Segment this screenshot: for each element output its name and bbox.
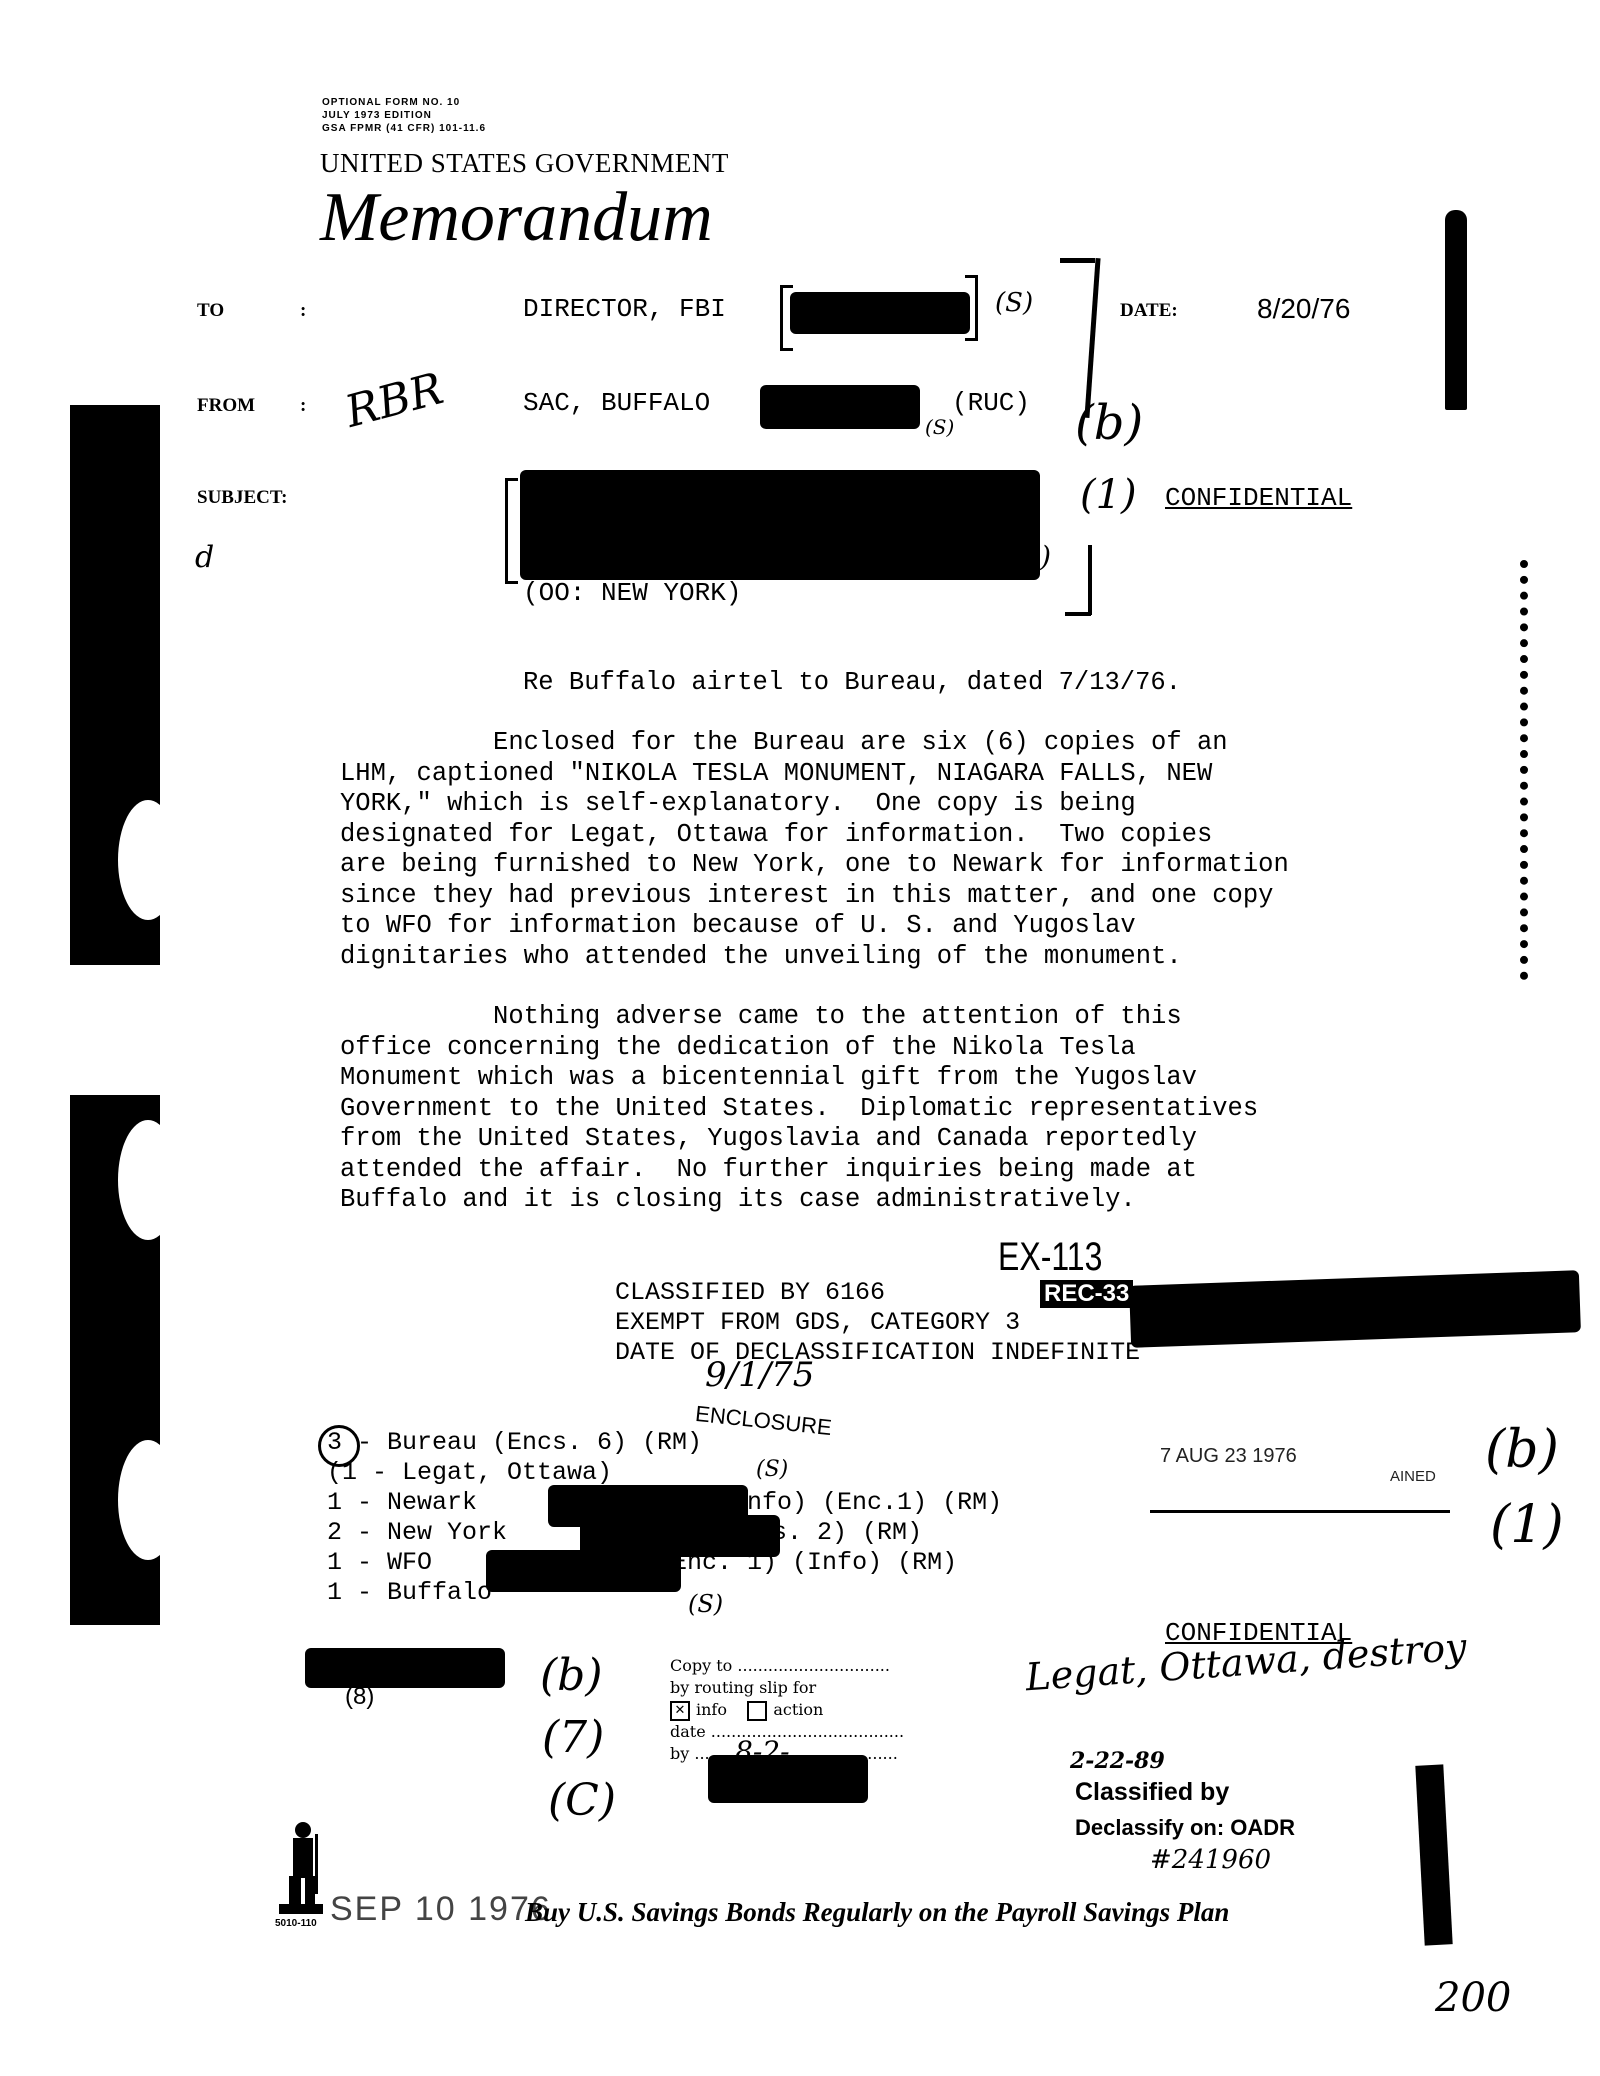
date-label: DATE:: [1120, 300, 1178, 322]
to-label: TO: [197, 300, 224, 322]
reference-line: Re Buffalo airtel to Bureau, dated 7/13/…: [523, 668, 1600, 699]
classified-by-stamp: Classified by: [1075, 1778, 1229, 1807]
exemption-mark-b-footer: (b): [540, 1650, 603, 1701]
declassification-number: #241960: [1150, 1845, 1271, 1875]
subject-redaction-block: [520, 470, 1040, 580]
form-code: 5010-110: [275, 1918, 317, 1929]
declassify-on-stamp: Declassify on: OADR: [1075, 1815, 1295, 1841]
redaction-block: [486, 1550, 681, 1592]
form-number: OPTIONAL FORM NO. 10 JULY 1973 EDITION G…: [322, 96, 486, 135]
exempt-from-gds-line: EXEMPT FROM GDS, CATEGORY 3: [615, 1308, 1140, 1338]
agency-name: UNITED STATES GOVERNMENT: [320, 148, 729, 179]
punch-hole: [118, 1440, 178, 1560]
document-title: Memorandum: [320, 178, 713, 258]
memo-date: 8/20/76: [1257, 293, 1350, 325]
ex-stamp: EX-113: [998, 1235, 1102, 1280]
handwritten-bracket-line: [1088, 545, 1092, 615]
exemption-mark-1: (1): [1080, 472, 1137, 518]
from-colon: :: [300, 395, 306, 417]
handwritten-date: 9/1/75: [705, 1355, 814, 1395]
handwritten-secret-mark: (S): [688, 1590, 723, 1618]
subject-office-of-origin: (OO: NEW YORK): [523, 578, 741, 608]
action-label: action: [773, 1700, 823, 1719]
handwritten-bracket-bottom: [1065, 612, 1091, 616]
routing-redaction-block: [708, 1755, 868, 1803]
exemption-mark-c: (C): [548, 1775, 616, 1826]
classification-top: CONFIDENTIAL: [1165, 483, 1352, 513]
received-stamp-suffix: AINED: [1390, 1468, 1436, 1485]
from-sender: SAC, BUFFALO: [523, 388, 710, 418]
handwritten-secret-mark: (S): [756, 1457, 788, 1482]
received-date-stamp: SEP 10 1976: [330, 1890, 552, 1929]
initials-code: (8): [345, 1683, 374, 1711]
distribution-line: 3 - Bureau (Encs. 6) (RM): [327, 1428, 1002, 1458]
redaction-block: [760, 385, 920, 429]
redaction-bracket: [965, 275, 978, 341]
punch-hole: [118, 800, 178, 920]
stamp-line: [1150, 1510, 1450, 1513]
to-recipient: DIRECTOR, FBI: [523, 294, 726, 324]
info-checkbox[interactable]: ✕: [670, 1701, 690, 1721]
minuteman-logo: [275, 1820, 327, 1915]
body-paragraph-1: Enclosed for the Bureau are six (6) copi…: [340, 728, 1490, 972]
routing-options: ✕info action: [670, 1699, 1090, 1721]
redaction-bracket: [505, 478, 518, 584]
redaction-block: [790, 292, 970, 334]
from-label: FROM: [197, 395, 255, 417]
declassification-date-line: DATE OF DECLASSIFICATION INDEFINITE: [615, 1338, 1140, 1368]
subject-label: SUBJECT:: [197, 487, 287, 509]
form-edition-line: JULY 1973 EDITION: [322, 109, 486, 122]
initials-redaction-block: [305, 1648, 505, 1688]
minuteman-icon: [275, 1820, 327, 1915]
routing-date-line: date ...................................…: [670, 1721, 1090, 1743]
handwritten-margin-note: d: [195, 540, 214, 575]
classification-redaction-block: [1129, 1270, 1581, 1348]
exemption-mark-1-lower: (1): [1490, 1495, 1564, 1555]
right-margin-scan-artifact: [1520, 560, 1542, 980]
action-checkbox[interactable]: [747, 1701, 767, 1721]
right-margin-scan-artifact: [1445, 210, 1467, 410]
punch-hole: [118, 1120, 178, 1240]
handwritten-secret-mark: (S): [925, 415, 954, 439]
declassification-date: 2-22-89: [1070, 1748, 1165, 1774]
exemption-mark-b-lower: (b): [1485, 1420, 1559, 1480]
savings-bond-slogan: Buy U.S. Savings Bonds Regularly on the …: [525, 1897, 1229, 1928]
info-label: info: [696, 1700, 727, 1719]
from-status: (RUC): [952, 388, 1030, 418]
handwritten-secret-mark: (S): [1010, 540, 1051, 573]
handwritten-initials: RBR: [340, 363, 448, 438]
body-paragraph-2: Nothing adverse came to the attention of…: [340, 1002, 1490, 1216]
to-colon: :: [300, 300, 306, 322]
form-regulation-line: GSA FPMR (41 CFR) 101-11.6: [322, 122, 486, 135]
right-margin-scan-artifact: [1415, 1764, 1452, 1945]
form-number-line: OPTIONAL FORM NO. 10: [322, 96, 486, 109]
redaction-bracket: [780, 285, 793, 351]
distribution-line: (1 - Legat, Ottawa): [327, 1458, 1002, 1488]
rec-stamp: REC-33: [1040, 1280, 1133, 1308]
handwritten-secret-mark: (S): [995, 288, 1033, 318]
received-stamp: 7 AUG 23 1976: [1160, 1445, 1297, 1468]
exemption-mark-7: (7): [542, 1712, 604, 1763]
handwritten-bracket-line: [1084, 258, 1100, 418]
page-number: 200: [1435, 1975, 1511, 2021]
handwritten-bracket-top: [1060, 258, 1095, 263]
exemption-mark-b: (b): [1075, 395, 1143, 451]
